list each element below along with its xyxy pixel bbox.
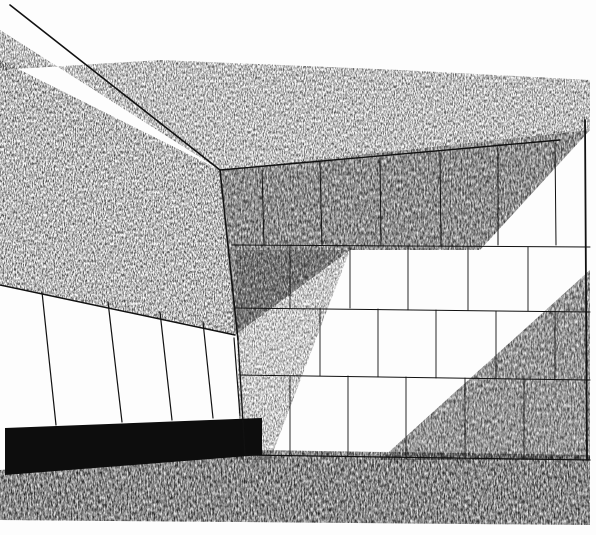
architectural-sketch: [0, 0, 596, 535]
sketch-drawing: [0, 0, 596, 535]
